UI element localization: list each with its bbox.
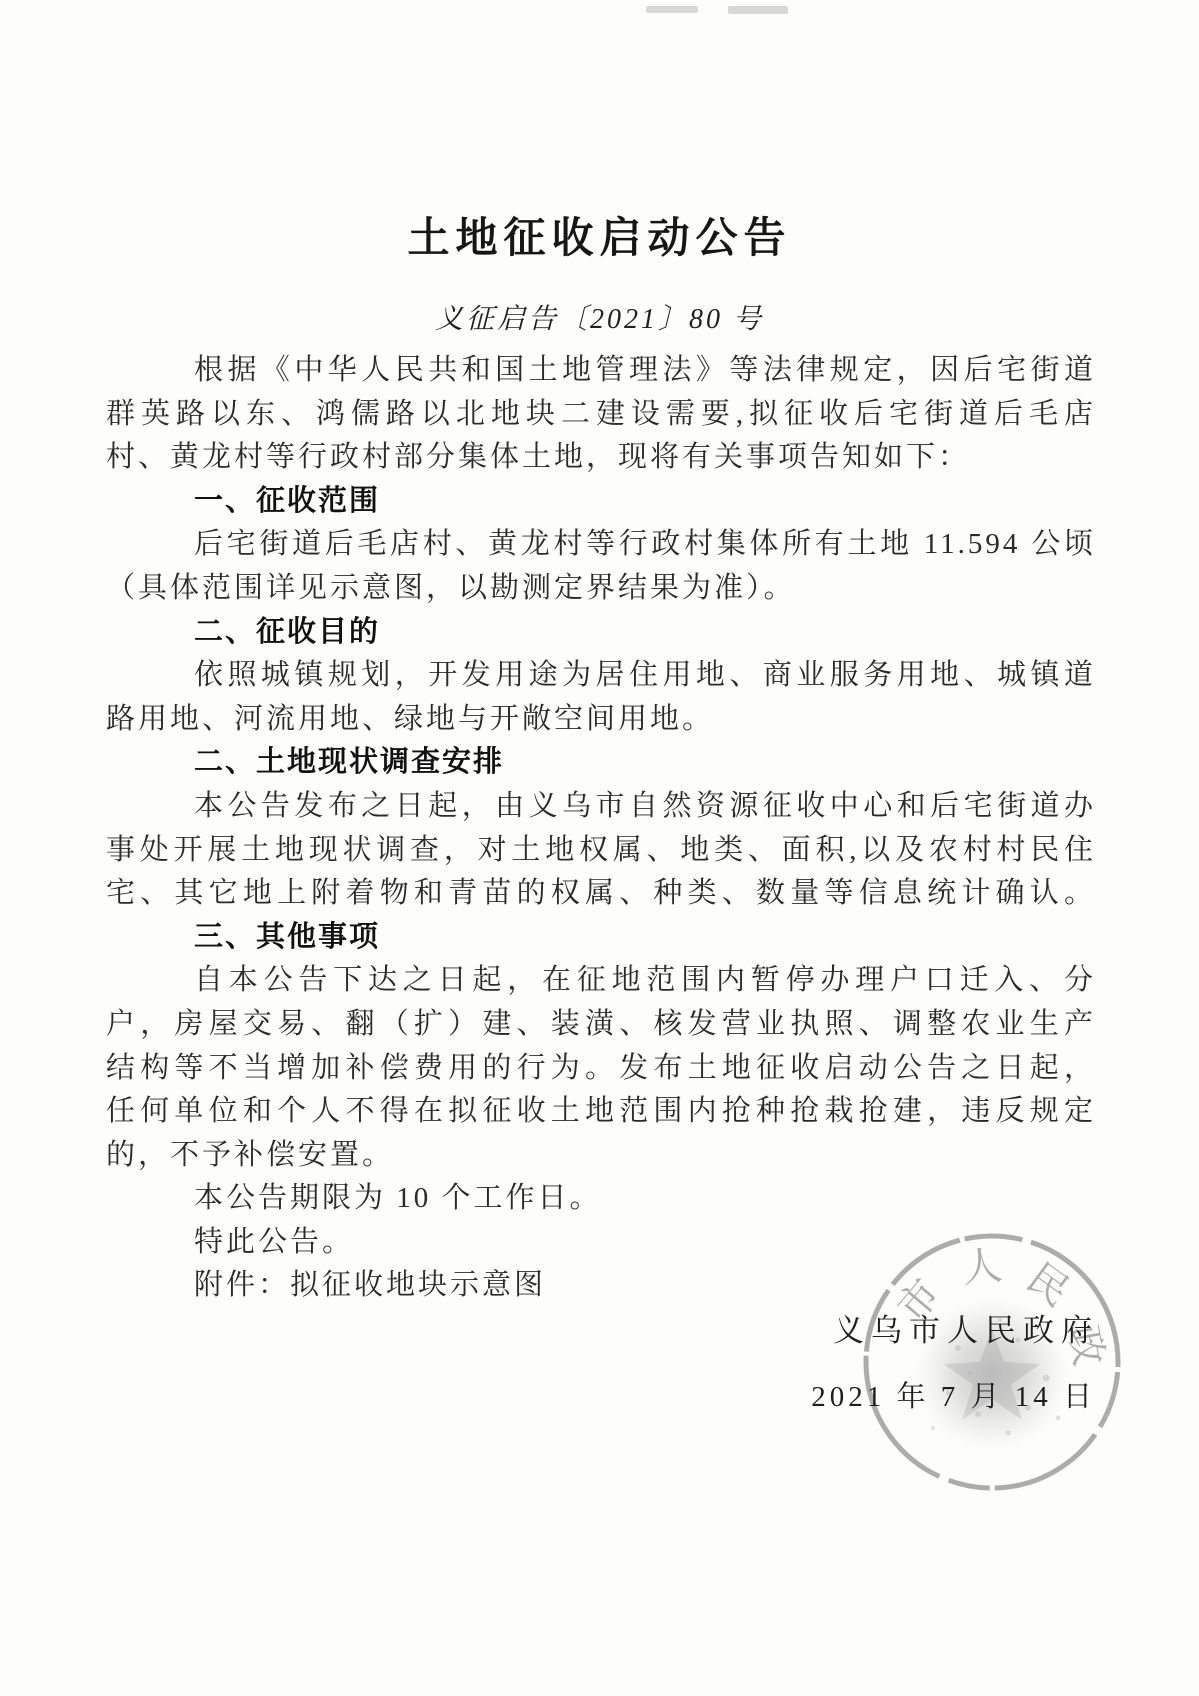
document-line: 本公告期限为 10 个工作日。 [106, 1177, 1096, 1221]
document-line: 群英路以东、鸿儒路以北地块二建设需要,拟征收后宅街道后毛店 [106, 393, 1096, 437]
document-line: 户，房屋交易、翻（扩）建、装潢、核发营业执照、调整农业生产 [106, 1003, 1096, 1047]
document-line: 自本公告下达之日起，在征地范围内暂停办理户口迁入、分 [106, 959, 1096, 1003]
document-line: 村、黄龙村等行政村部分集体土地，现将有关事项告知如下： [106, 436, 1096, 480]
document-line: 依照城镇规划，开发用途为居住用地、商业服务用地、城镇道 [106, 654, 1096, 698]
scan-artifact [646, 6, 698, 13]
document-line: 路用地、河流用地、绿地与开敞空间用地。 [106, 698, 1096, 742]
document-number: 义征启告〔2021〕80 号 [0, 297, 1199, 337]
document-line: 根据《中华人民共和国土地管理法》等法律规定，因后宅街道 [106, 349, 1096, 393]
section-heading: 二、土地现状调查安排 [106, 741, 1096, 785]
scan-artifact [728, 6, 788, 14]
document-line: （具体范围详见示意图，以勘测定界结果为准）。 [106, 567, 1096, 611]
document-line: 结构等不当增加补偿费用的行为。发布土地征收启动公告之日起， [106, 1047, 1096, 1091]
page-title: 土地征收启动公告 [0, 205, 1199, 265]
document-page: 土地征收启动公告 义征启告〔2021〕80 号 根据《中华人民共和国土地管理法》… [0, 0, 1199, 1696]
document-line: 宅、其它地上附着物和青苗的权属、种类、数量等信息统计确认。 [106, 872, 1096, 916]
document-line: 本公告发布之日起，由义乌市自然资源征收中心和后宅街道办 [106, 785, 1096, 829]
official-seal-stamp: 市人民政 [858, 1228, 1126, 1496]
section-heading: 二、征收目的 [106, 611, 1096, 655]
signature-date: 2021 年 7 月 14 日 [811, 1374, 1096, 1415]
document-line: 事处开展土地现状调查，对土地权属、地类、面积,以及农村村民住 [106, 829, 1096, 873]
document-line: 后宅街道后毛店村、黄龙村等行政村集体所有土地 11.594 公顷 [106, 523, 1096, 567]
document-line: 任何单位和个人不得在拟征收土地范围内抢种抢栽抢建，违反规定 [106, 1090, 1096, 1134]
document-line: 的，不予补偿安置。 [106, 1134, 1096, 1178]
document-body: 根据《中华人民共和国土地管理法》等法律规定，因后宅街道群英路以东、鸿儒路以北地块… [106, 349, 1096, 1308]
section-heading: 一、征收范围 [106, 480, 1096, 524]
seal-ring-character: 人 [960, 1243, 1004, 1292]
section-heading: 三、其他事项 [106, 916, 1096, 960]
signature-organization: 义乌市人民政府 [833, 1305, 1099, 1350]
